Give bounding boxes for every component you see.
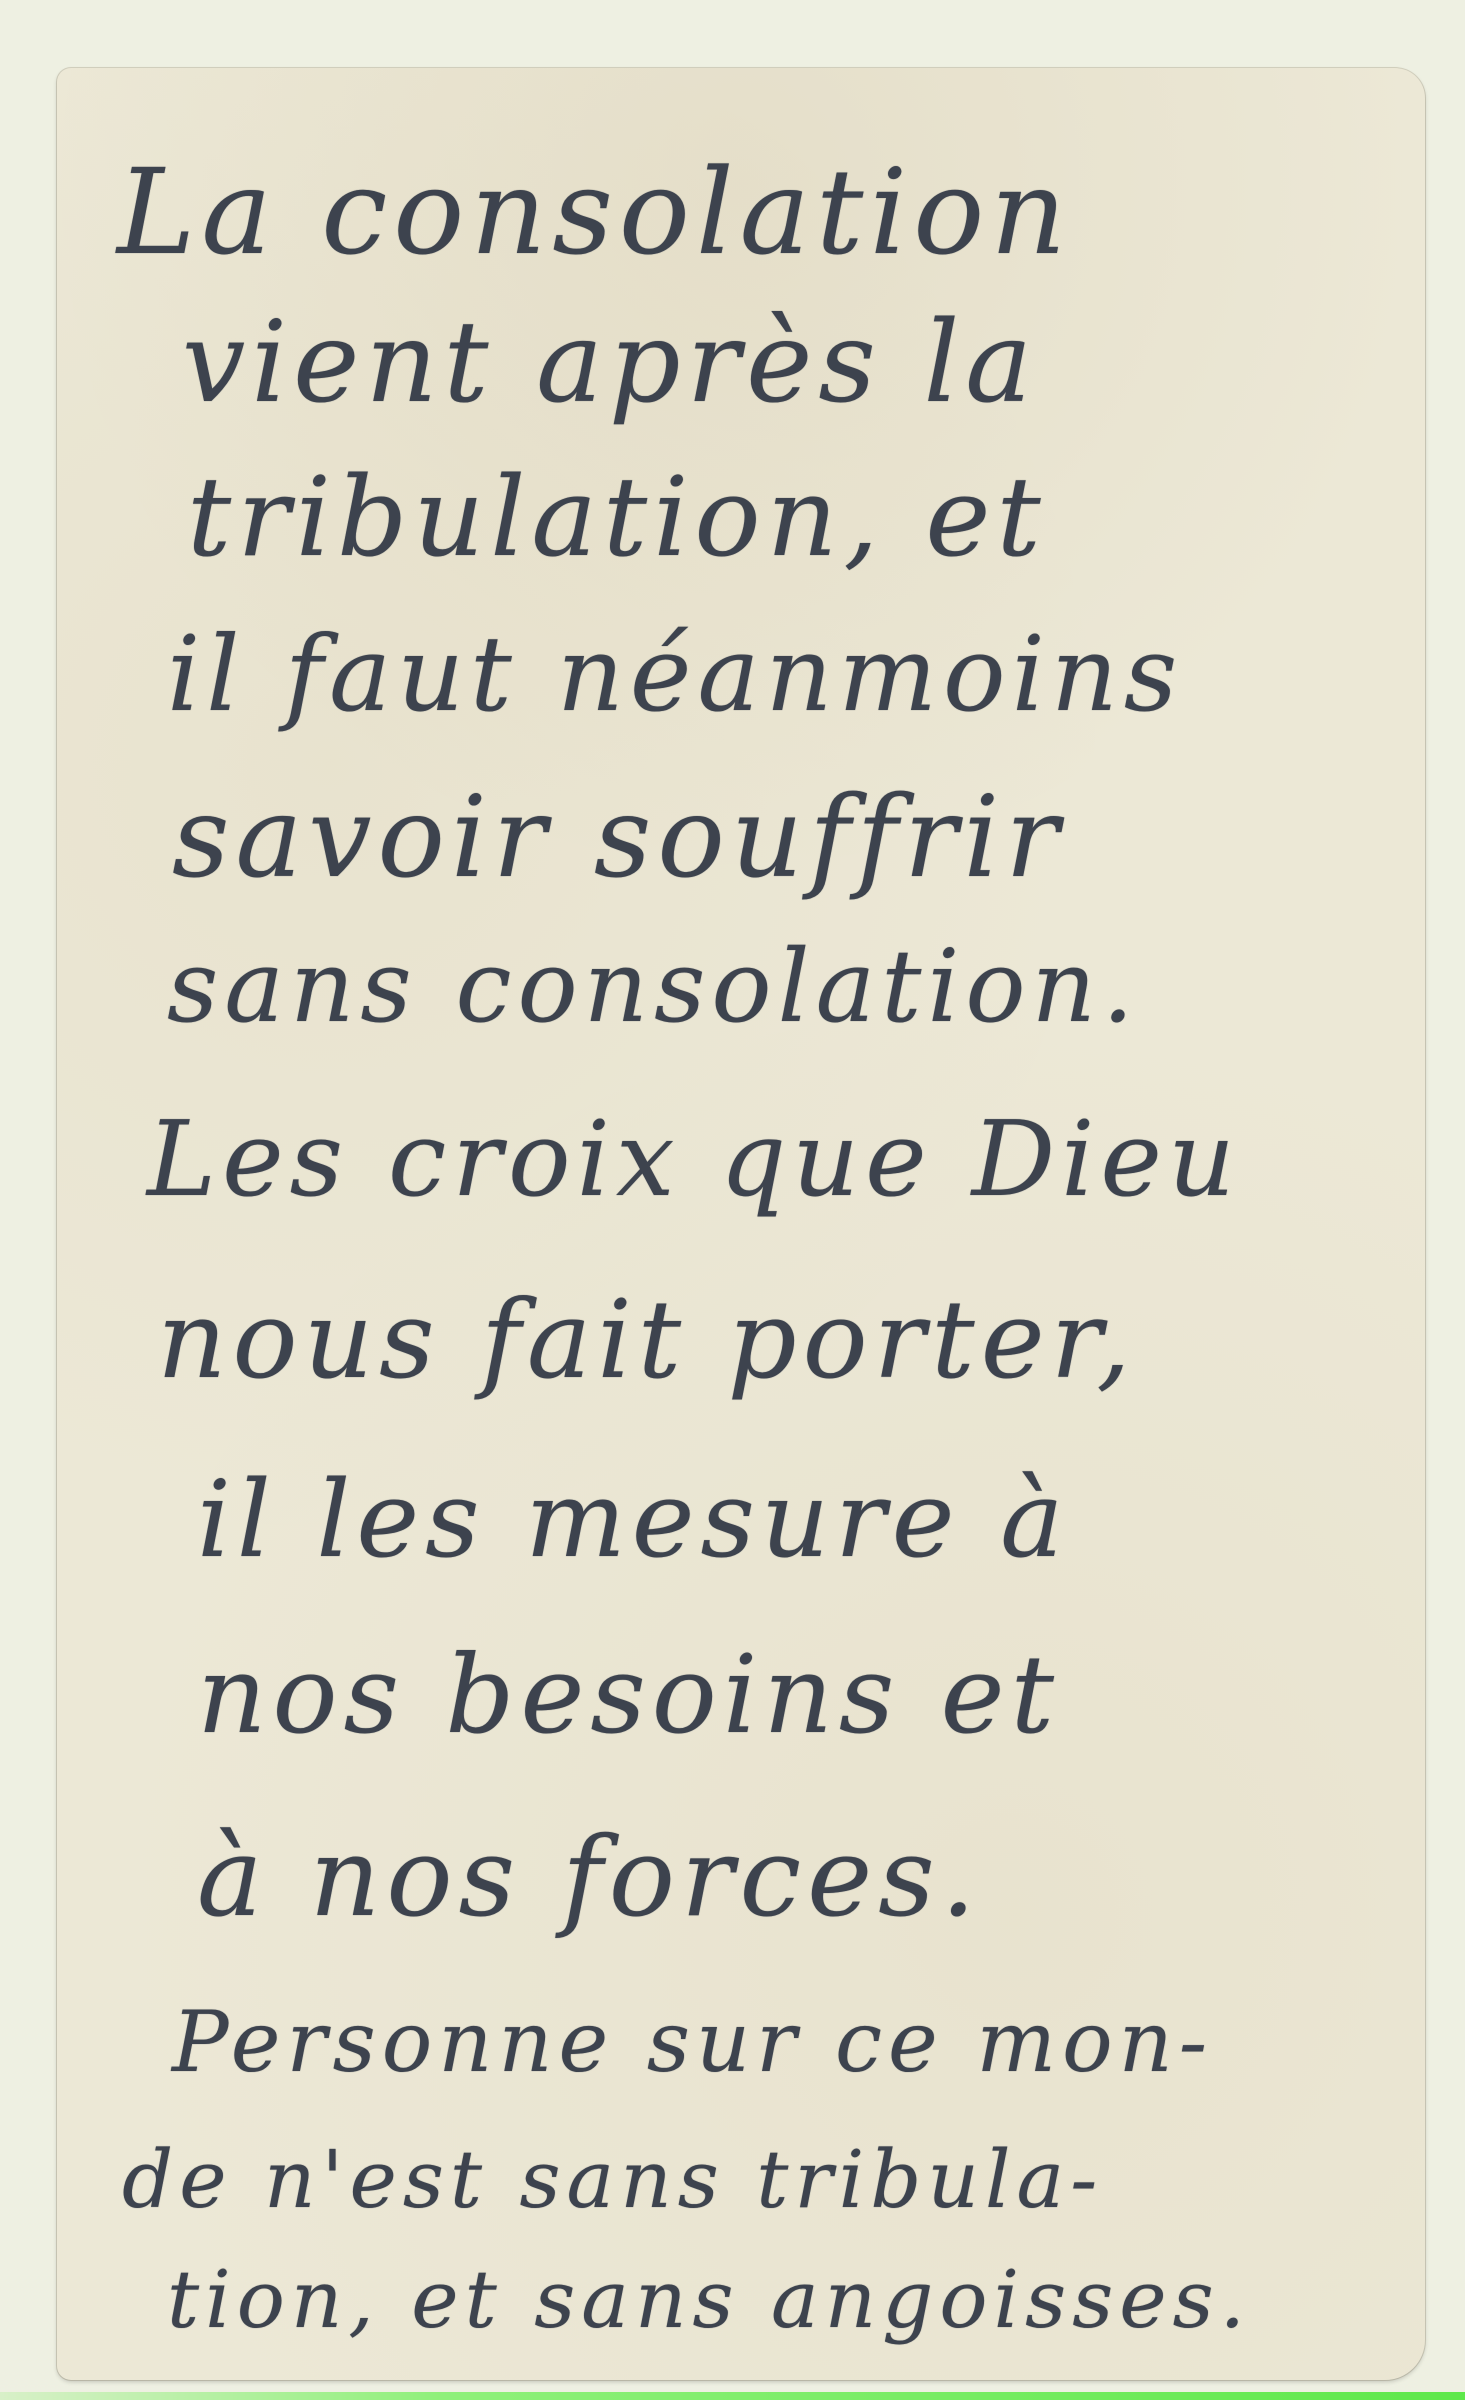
handwritten-line-3: tribulation, et	[187, 453, 1047, 581]
handwritten-card: La consolation vient après la tribulatio…	[57, 68, 1425, 2380]
handwritten-line-5: savoir souffrir	[172, 773, 1065, 903]
handwritten-line-14: tion, et sans angoisses.	[167, 2253, 1251, 2346]
handwritten-line-12: Personne sur ce mon-	[172, 1993, 1213, 2091]
handwritten-line-2: vient après la	[182, 298, 1038, 428]
handwritten-line-7: Les croix que Dieu	[147, 1098, 1241, 1220]
handwritten-line-13: de n'est sans tribula-	[122, 2133, 1103, 2226]
bottom-color-strip	[0, 2392, 1465, 2400]
handwritten-line-11: à nos forces.	[197, 1813, 982, 1941]
handwritten-line-6: sans consolation.	[167, 928, 1140, 1045]
handwritten-line-1: La consolation	[117, 143, 1072, 281]
handwritten-line-9: il les mesure à	[197, 1458, 1069, 1581]
handwritten-line-8: nous fait porter,	[157, 1278, 1137, 1403]
handwritten-line-4: il faut néanmoins	[167, 613, 1183, 735]
handwritten-line-10: nos besoins et	[197, 1633, 1060, 1758]
